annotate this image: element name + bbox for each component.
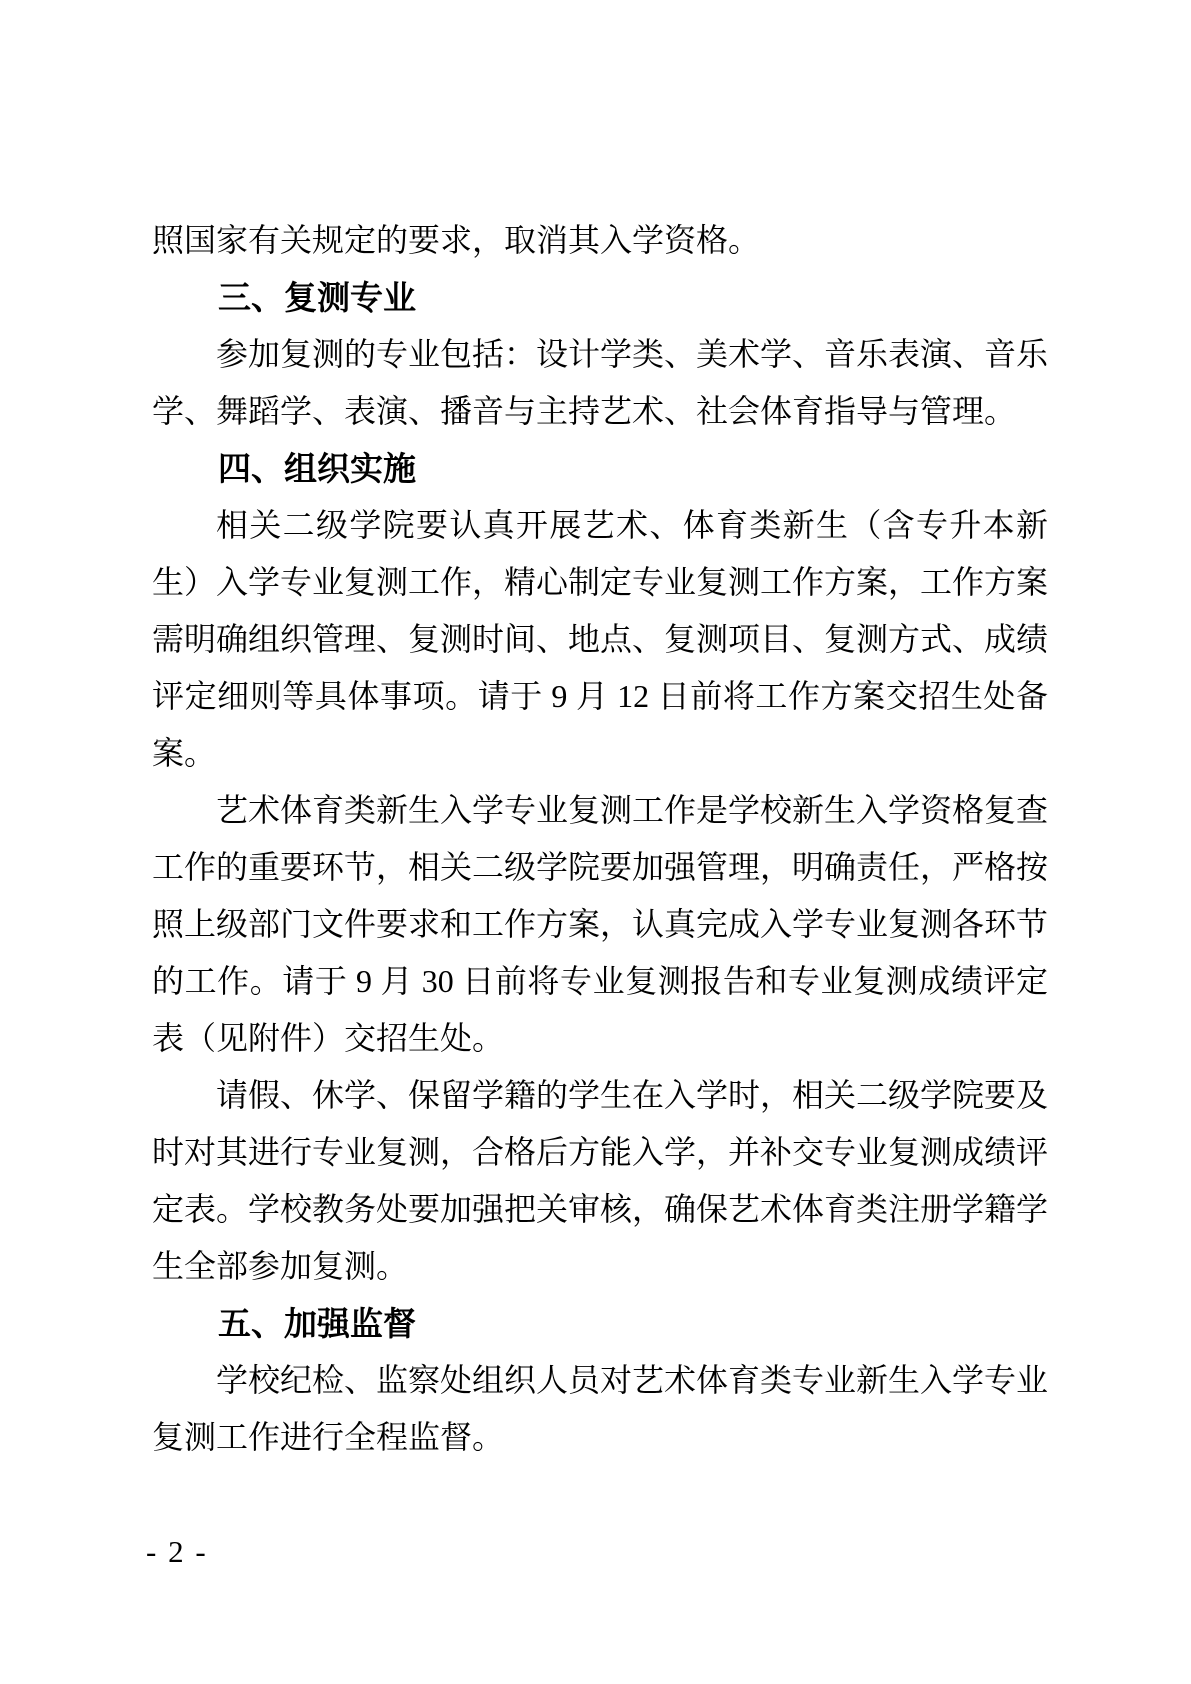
- body-paragraph-continuation: 照国家有关规定的要求，取消其入学资格。: [152, 212, 1048, 269]
- section-heading-3: 三、复测专业: [152, 269, 1048, 326]
- body-paragraph: 相关二级学院要认真开展艺术、体育类新生（含专升本新生）入学专业复测工作，精心制定…: [152, 497, 1048, 782]
- body-paragraph: 艺术体育类新生入学专业复测工作是学校新生入学资格复查工作的重要环节，相关二级学院…: [152, 782, 1048, 1067]
- section-heading-4: 四、组织实施: [152, 440, 1048, 497]
- section-heading-5: 五、加强监督: [152, 1295, 1048, 1352]
- body-paragraph: 学校纪检、监察处组织人员对艺术体育类专业新生入学专业复测工作进行全程监督。: [152, 1352, 1048, 1466]
- body-paragraph: 请假、休学、保留学籍的学生在入学时，相关二级学院要及时对其进行专业复测，合格后方…: [152, 1067, 1048, 1295]
- document-body: 照国家有关规定的要求，取消其入学资格。 三、复测专业 参加复测的专业包括：设计学…: [152, 212, 1048, 1466]
- body-paragraph: 参加复测的专业包括：设计学类、美术学、音乐表演、音乐学、舞蹈学、表演、播音与主持…: [152, 326, 1048, 440]
- document-page: 照国家有关规定的要求，取消其入学资格。 三、复测专业 参加复测的专业包括：设计学…: [0, 0, 1191, 1684]
- page-number: - 2 -: [146, 1532, 208, 1572]
